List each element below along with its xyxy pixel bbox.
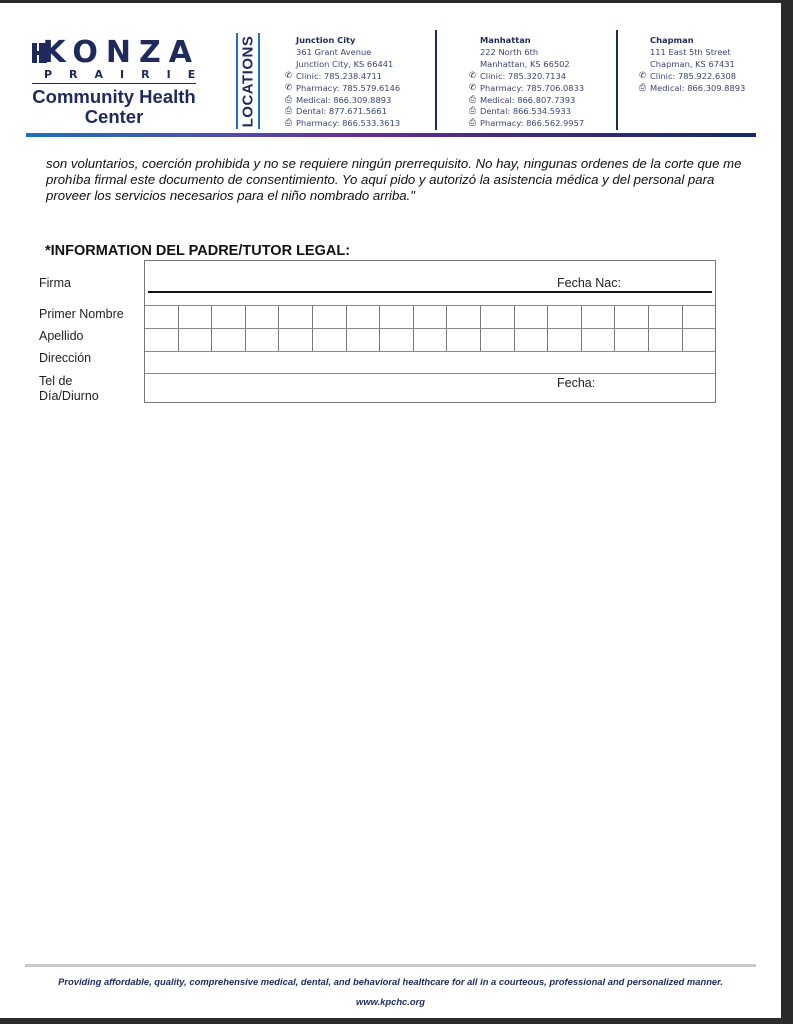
letter-box[interactable] bbox=[683, 329, 716, 351]
letter-box[interactable] bbox=[380, 329, 414, 351]
footer-tagline: Providing affordable, quality, comprehen… bbox=[0, 976, 781, 987]
fax-icon: ⎙ bbox=[467, 95, 478, 107]
letter-box[interactable] bbox=[548, 306, 582, 328]
last-name-letter-boxes[interactable] bbox=[145, 329, 715, 351]
letter-box[interactable] bbox=[279, 306, 313, 328]
first-name-label: Primer Nombre bbox=[39, 307, 124, 322]
phone-icon: ✆ bbox=[637, 71, 648, 83]
footer-url[interactable]: www.kpchc.org bbox=[0, 996, 781, 1007]
phone-icon: ✆ bbox=[283, 83, 294, 95]
letter-box[interactable] bbox=[145, 306, 179, 328]
letter-box[interactable] bbox=[279, 329, 313, 351]
address-label: Dirección bbox=[39, 351, 91, 366]
letter-box[interactable] bbox=[414, 329, 448, 351]
letter-box[interactable] bbox=[347, 306, 381, 328]
location-divider bbox=[435, 30, 437, 130]
consent-paragraph: son voluntarios, coerción prohibida y no… bbox=[46, 156, 746, 204]
letter-box[interactable] bbox=[515, 329, 549, 351]
letter-box[interactable] bbox=[347, 329, 381, 351]
header-gradient-bar bbox=[26, 133, 756, 137]
date-label: Fecha: bbox=[557, 376, 595, 390]
letter-box[interactable] bbox=[481, 306, 515, 328]
letter-box[interactable] bbox=[380, 306, 414, 328]
letter-box[interactable] bbox=[246, 329, 280, 351]
letter-box[interactable] bbox=[683, 306, 716, 328]
letter-box[interactable] bbox=[582, 329, 616, 351]
fax-icon: ⎙ bbox=[283, 95, 294, 107]
letter-box[interactable] bbox=[649, 306, 683, 328]
last-name-label: Apellido bbox=[39, 329, 83, 344]
letter-box[interactable] bbox=[582, 306, 616, 328]
location-manhattan: Manhattan 222 North 6th Manhattan, KS 66… bbox=[467, 35, 584, 130]
letter-box[interactable] bbox=[212, 306, 246, 328]
fax-icon: ⎙ bbox=[467, 118, 478, 130]
location-divider bbox=[616, 30, 618, 130]
logo-wordmark: KONZA bbox=[32, 39, 200, 67]
fax-icon: ⎙ bbox=[283, 118, 294, 130]
logo-prairie: PRAIRIE bbox=[32, 68, 196, 84]
letter-box[interactable] bbox=[447, 306, 481, 328]
letter-box[interactable] bbox=[615, 306, 649, 328]
signature-field[interactable] bbox=[145, 261, 715, 305]
address-field[interactable] bbox=[145, 352, 715, 373]
letter-box[interactable] bbox=[548, 329, 582, 351]
signature-line bbox=[148, 291, 712, 293]
phone-icon: ✆ bbox=[467, 71, 478, 83]
letter-box[interactable] bbox=[313, 306, 347, 328]
letter-box[interactable] bbox=[615, 329, 649, 351]
location-chapman: Chapman 111 East 5th Street Chapman, KS … bbox=[637, 35, 745, 95]
letter-box[interactable] bbox=[145, 329, 179, 351]
location-junction-city: Junction City 361 Grant Avenue Junction … bbox=[283, 35, 400, 130]
guardian-info-form: Fecha Nac: Fecha: bbox=[144, 260, 716, 403]
fax-icon: ⎙ bbox=[283, 106, 294, 118]
letter-box[interactable] bbox=[246, 306, 280, 328]
footer-rule bbox=[25, 964, 756, 967]
signature-label: Firma bbox=[39, 276, 71, 291]
fax-icon: ⎙ bbox=[637, 83, 648, 95]
letter-box[interactable] bbox=[447, 329, 481, 351]
letter-box[interactable] bbox=[179, 329, 213, 351]
first-name-letter-boxes[interactable] bbox=[145, 306, 715, 328]
letter-box[interactable] bbox=[179, 306, 213, 328]
phone-icon: ✆ bbox=[467, 83, 478, 95]
birth-date-label: Fecha Nac: bbox=[557, 276, 621, 290]
day-phone-field[interactable] bbox=[145, 374, 715, 403]
locations-label: LOCATIONS bbox=[236, 33, 260, 129]
day-phone-label: Tel de Día/Diurno bbox=[39, 374, 119, 404]
letter-box[interactable] bbox=[515, 306, 549, 328]
letter-box[interactable] bbox=[649, 329, 683, 351]
letter-box[interactable] bbox=[414, 306, 448, 328]
letter-box[interactable] bbox=[481, 329, 515, 351]
konza-logo: KONZA PRAIRIE Community Health Center bbox=[28, 39, 200, 127]
letter-box[interactable] bbox=[212, 329, 246, 351]
section-title: *INFORMATION DEL PADRE/TUTOR LEGAL: bbox=[45, 243, 350, 259]
phone-icon: ✆ bbox=[283, 71, 294, 83]
fax-icon: ⎙ bbox=[467, 106, 478, 118]
letter-box[interactable] bbox=[313, 329, 347, 351]
logo-subtitle: Community Health Center bbox=[28, 87, 200, 127]
cross-icon bbox=[32, 43, 39, 63]
document-page: KONZA PRAIRIE Community Health Center LO… bbox=[0, 3, 781, 1018]
